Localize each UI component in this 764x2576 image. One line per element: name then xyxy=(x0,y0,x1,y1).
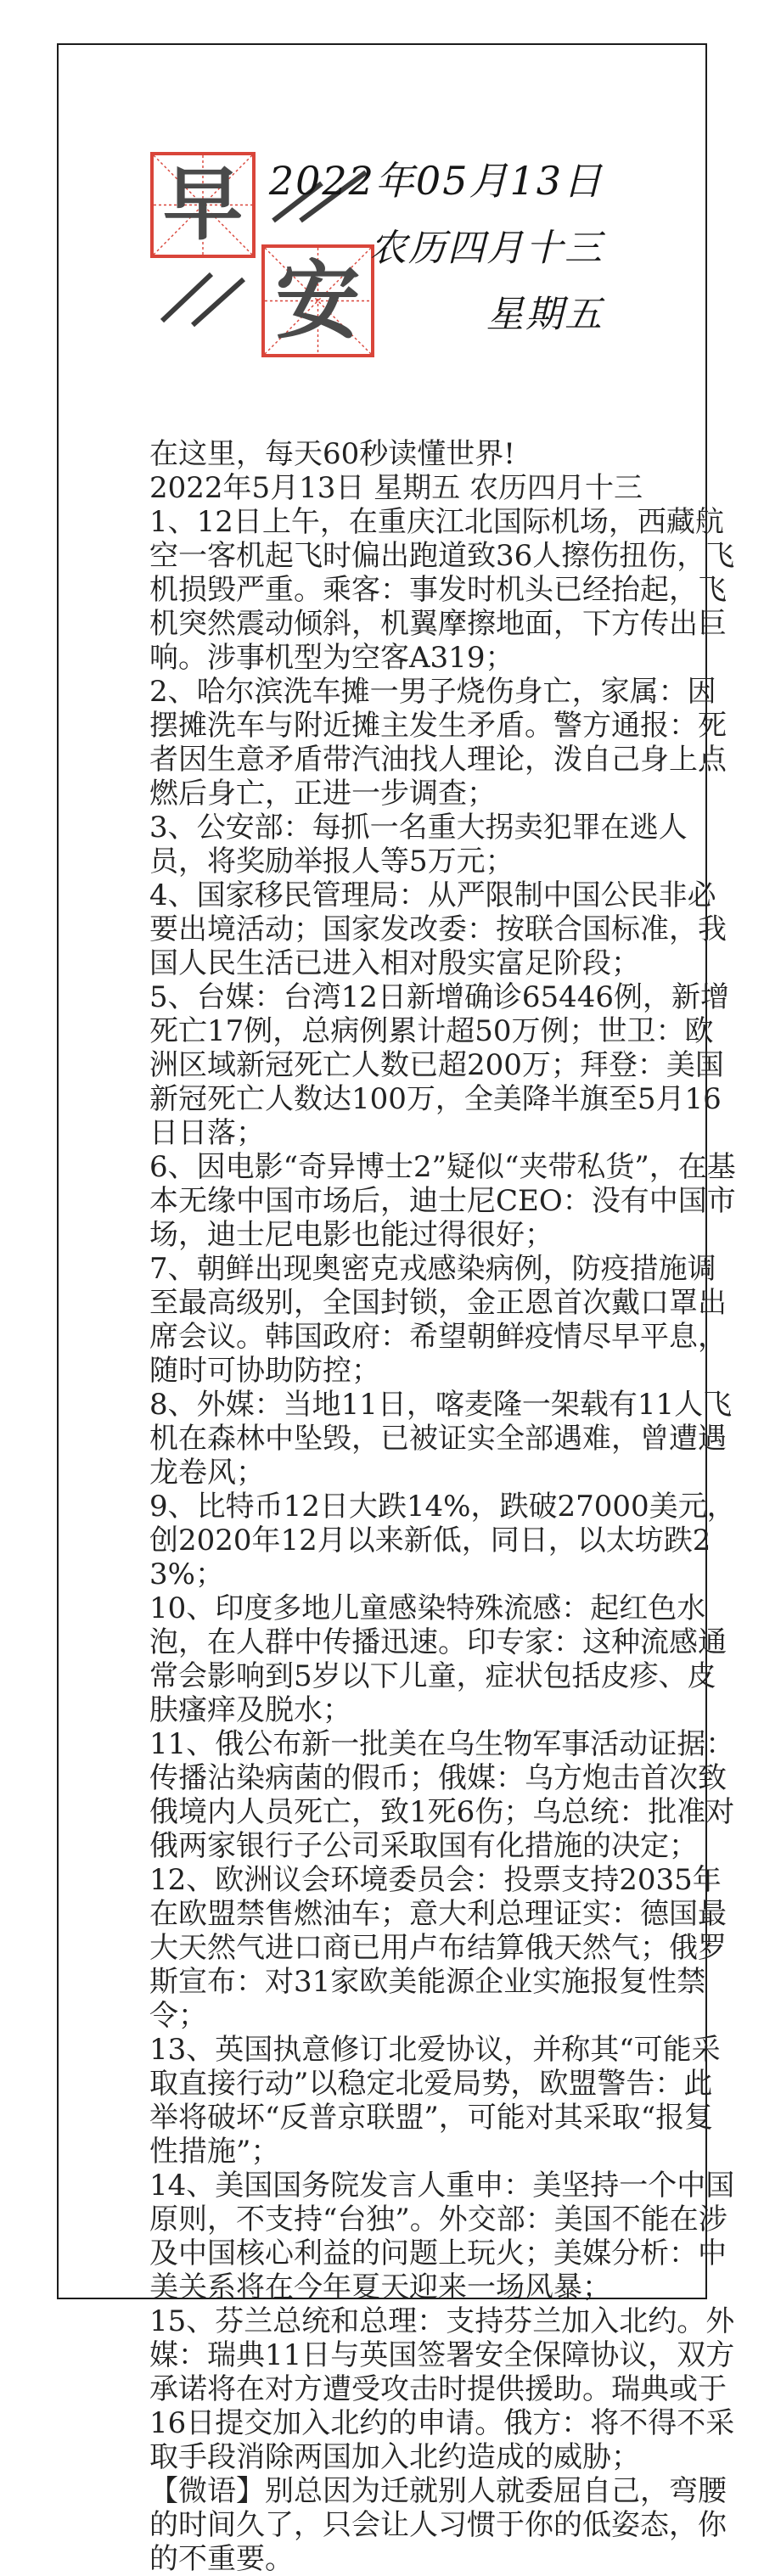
news-item: 13、英国执意修订北爱协议，并称其“可能采取直接行动”以稳定北爱局势，欧盟警告：… xyxy=(149,2033,737,2169)
news-body: 在这里，每天60秒读懂世界! 2022年5月13日 星期五 农历四月十三 1、1… xyxy=(149,437,737,2576)
calligraphy-box-zao: 早 xyxy=(150,152,256,258)
news-item: 7、朝鲜出现奥密克戎感染病例，防疫措施调至最高级别，全国封锁，金正恩首次戴口罩出… xyxy=(149,1252,737,1388)
news-item: 14、美国国务院发言人重申：美坚持一个中国原则，不支持“台独”。外交部：美国不能… xyxy=(149,2169,737,2304)
news-item: 11、俄公布新一批美在乌生物军事活动证据：传播沾染病菌的假币；俄媒：乌方炮击首次… xyxy=(149,1727,737,1863)
news-item: 9、比特币12日大跌14%，跌破27000美元，创2020年12月以来新低，同日… xyxy=(149,1490,737,1591)
news-item: 12、欧洲议会环境委员会：投票支持2035年在欧盟禁售燃油车；意大利总理证实：德… xyxy=(149,1863,737,2033)
date-gregorian: 2022年05月13日 xyxy=(269,157,604,205)
news-item: 4、国家移民管理局：从严限制中国公民非必要出境活动；国家发改委：按联合国标准，我… xyxy=(149,878,737,980)
news-item: 5、台媒：台湾12日新增确诊65446例，新增死亡17例，总病例累计超50万例；… xyxy=(149,980,737,1150)
news-item: 2、哈尔滨洗车摊一男子烧伤身亡，家属：因摆摊洗车与附近摊主发生矛盾。警方通报：死… xyxy=(149,675,737,811)
news-item: 8、外媒：当地11日，喀麦隆一架载有11人飞机在森林中坠毁，已被证实全部遇难，曾… xyxy=(149,1388,737,1490)
date-heading: 2022年5月13日 星期五 农历四月十三 xyxy=(149,471,737,505)
news-item: 1、12日上午，在重庆江北国际机场，西藏航空一客机起飞时偏出跑道致36人擦伤扭伤… xyxy=(149,505,737,675)
news-item: 15、芬兰总统和总理：支持芬兰加入北约。外媒：瑞典11日与英国签署安全保障协议，… xyxy=(149,2304,737,2474)
footer-quote: 【微语】别总因为迁就别人就委屈自己，弯腰的时间久了，只会让人习惯于你的低姿态，你… xyxy=(149,2474,737,2576)
logo-char-zao: 早 xyxy=(163,166,243,245)
news-item: 3、公安部：每抓一名重大拐卖犯罪在逃人员，将奖励举报人等5万元； xyxy=(149,811,737,878)
calligraphy-box-an: 安 xyxy=(261,244,374,357)
page-frame: 早 安 2022年05月13日 农历四月十三 星期五 在这里，每天60秒读懂世界… xyxy=(57,43,707,2299)
news-item: 10、印度多地儿童感染特殊流感：起红色水泡，在人群中传播迅速。印专家：这种流感通… xyxy=(149,1591,737,1727)
morning-news-page: { "page": { "background": "#ffffff", "fr… xyxy=(0,0,764,2343)
news-list: 1、12日上午，在重庆江北国际机场，西藏航空一客机起飞时偏出跑道致36人擦伤扭伤… xyxy=(149,505,737,2474)
double-slash-icon xyxy=(154,267,251,328)
logo-char-an: 安 xyxy=(276,259,361,344)
tagline: 在这里，每天60秒读懂世界! xyxy=(149,437,737,471)
news-item: 6、因电影“奇异博士2”疑似“夹带私货”，在基本无缘中国市场后，迪士尼CEO：没… xyxy=(149,1150,737,1252)
